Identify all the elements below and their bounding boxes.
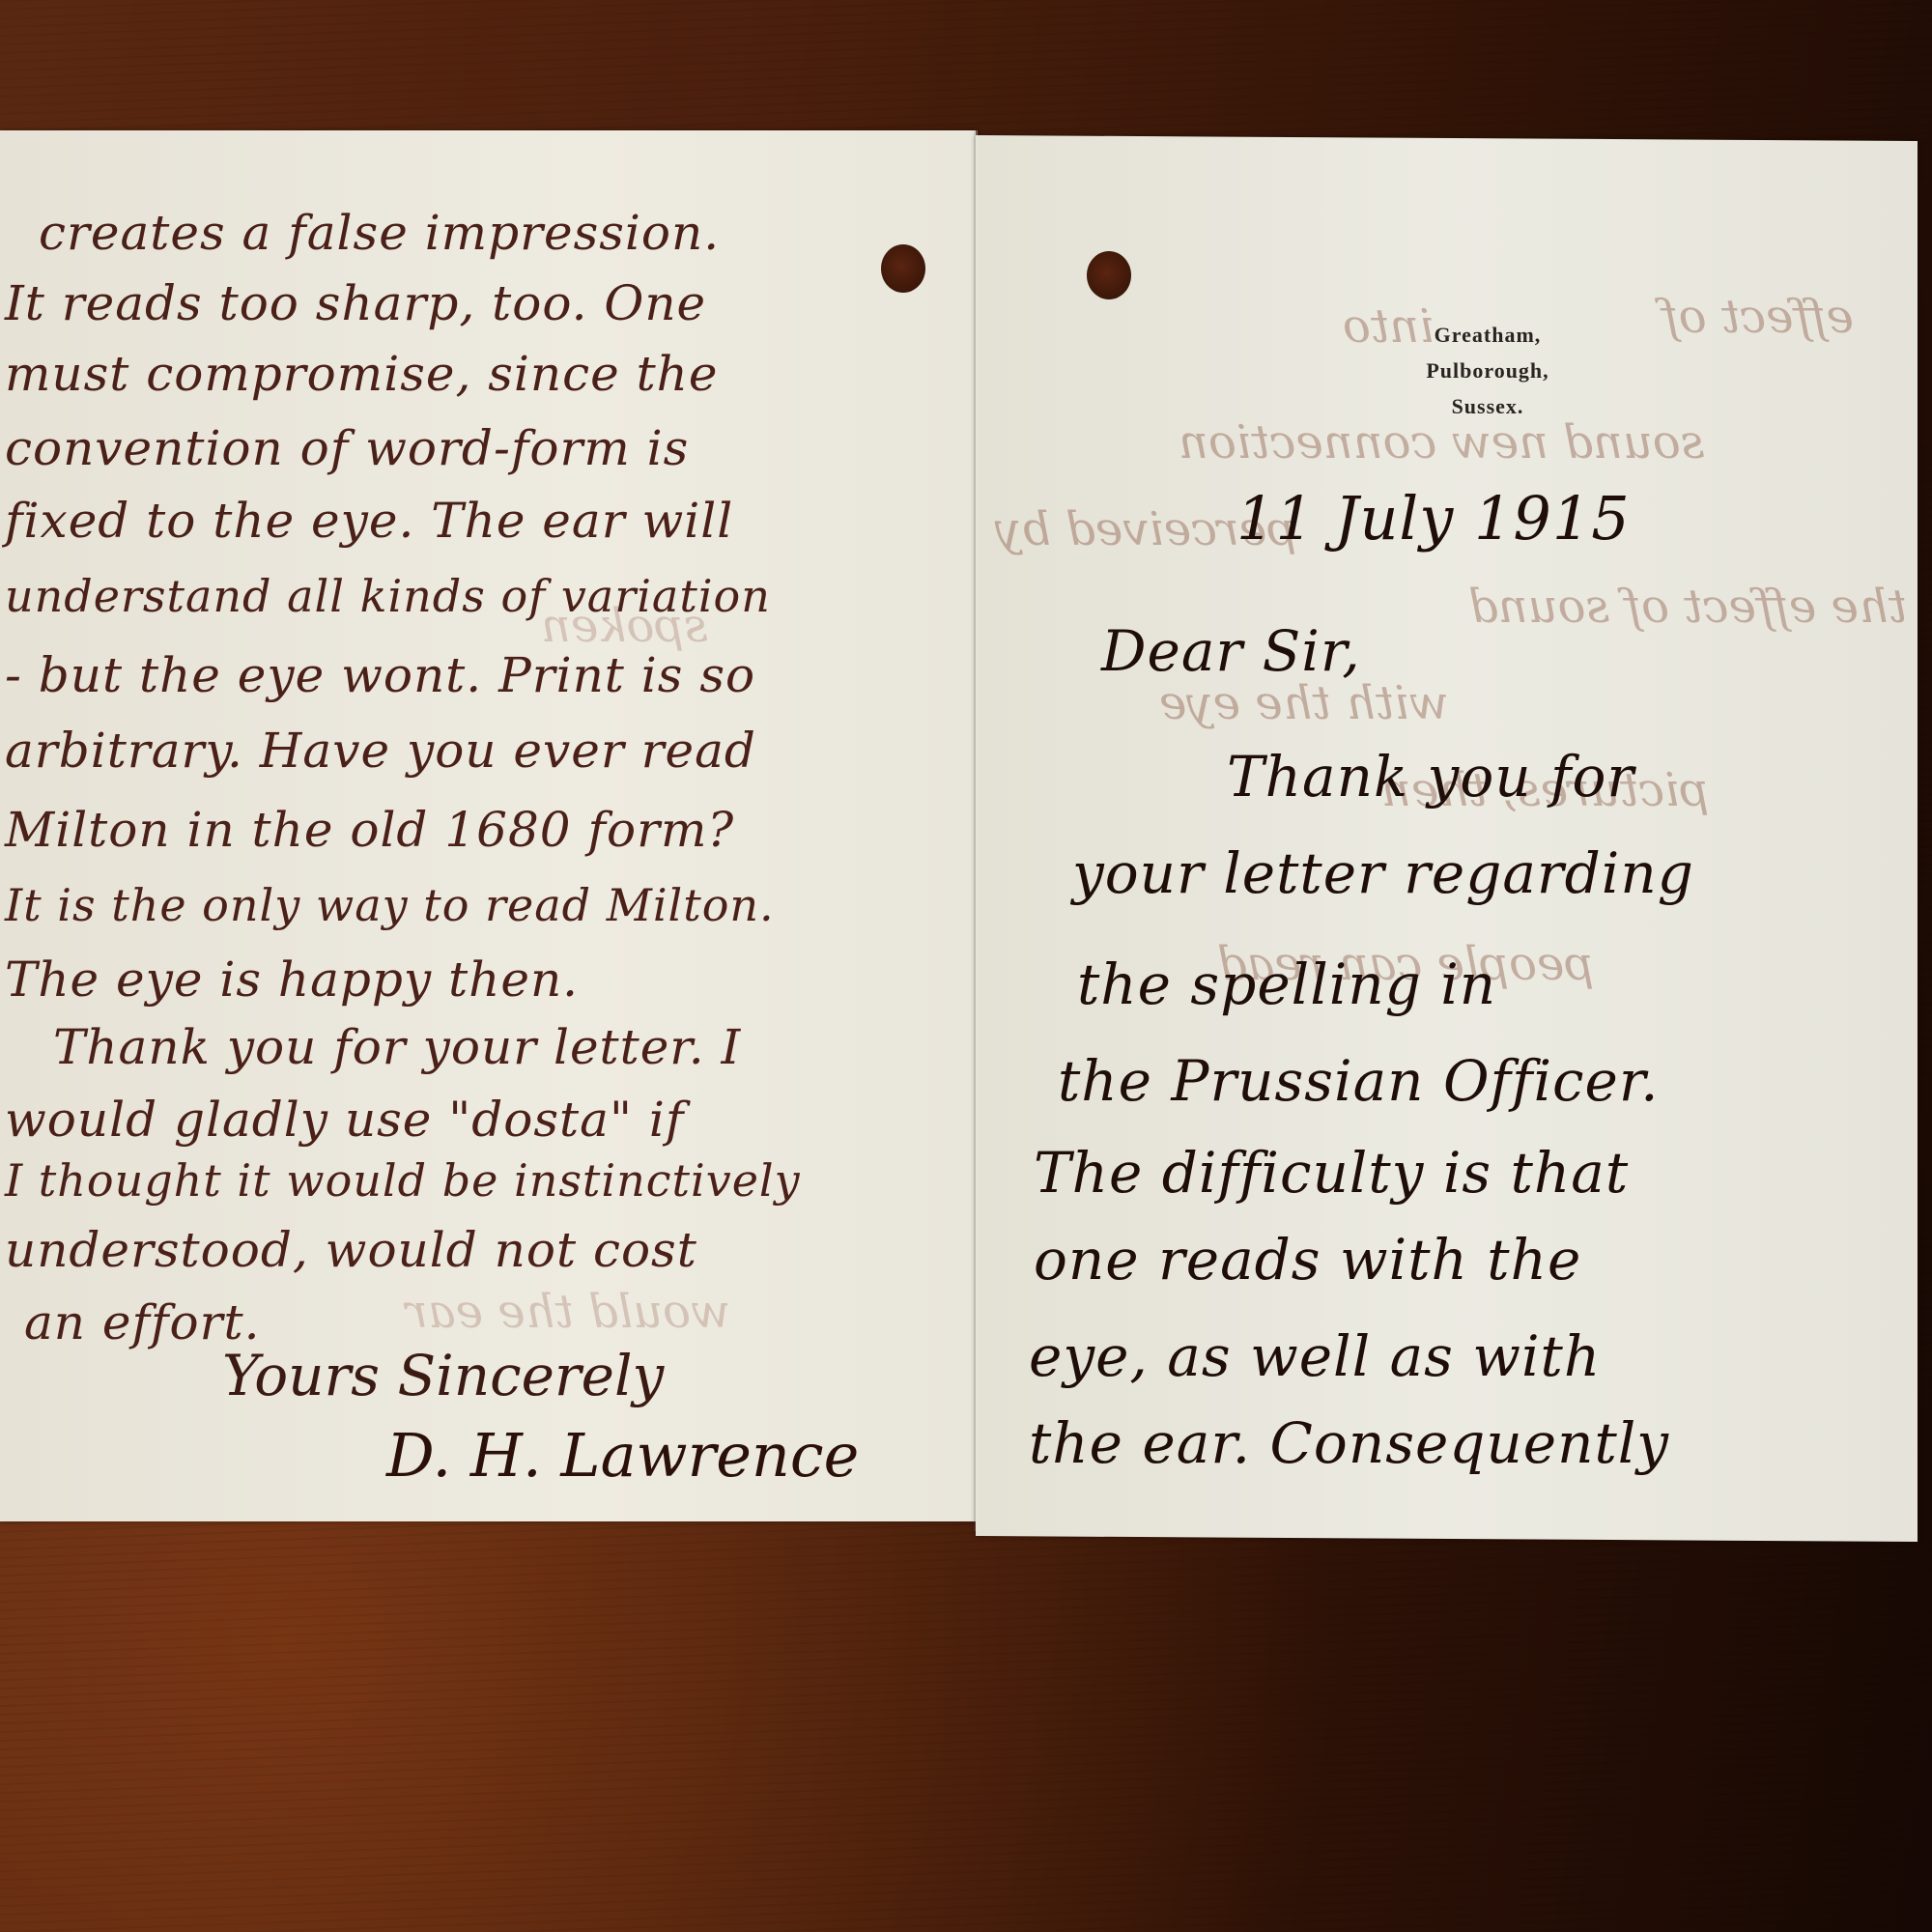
bleed-through-text: would the ear [406,1285,730,1339]
bleed-through-text: effect of [1662,290,1854,344]
handwritten-line: It reads too sharp, too. One [5,275,706,331]
handwritten-line: eye, as well as with [1029,1323,1601,1389]
handwritten-line: creates a false impression. [39,205,720,261]
handwritten-line: Thank you for [1227,744,1634,810]
signature: D. H. Lawrence [386,1420,859,1491]
handwritten-line: fixed to the eye. The ear will [5,493,733,549]
handwritten-line: understood, would not cost [5,1222,697,1278]
punch-hole-left [881,244,925,293]
punch-hole-right [1087,251,1131,299]
handwritten-line: - but the eye wont. Print is so [5,647,755,703]
handwritten-line: your letter regarding [1072,840,1694,906]
handwritten-line: would gladly use "dosta" if [5,1092,684,1148]
handwritten-line: The difficulty is that [1034,1140,1629,1206]
handwritten-line: the Prussian Officer. [1058,1048,1660,1114]
letter-date: 11 July 1915 [1236,483,1631,554]
closing: Yours Sincerely [222,1343,664,1408]
handwritten-line: It is the only way to read Milton. [5,879,775,931]
letterhead-line: Pulborough, [1391,353,1584,388]
handwritten-line: The eye is happy then. [5,952,579,1008]
letterhead-line: Greatham, [1391,317,1584,353]
salutation: Dear Sir, [1101,618,1361,684]
page-fold [974,130,978,1531]
handwritten-line: Thank you for your letter. I [53,1019,741,1075]
handwritten-line: I thought it would be instinctively [5,1154,801,1207]
bleed-through-text: with the eye [1159,676,1449,730]
handwritten-line: one reads with the [1034,1227,1581,1293]
handwritten-line: arbitrary. Have you ever read [5,723,756,779]
handwritten-line: the ear. Consequently [1029,1410,1669,1476]
handwritten-line: convention of word-form is [5,420,689,476]
handwritten-line: Milton in the old 1680 form? [5,802,734,858]
handwritten-line: the spelling in [1077,952,1496,1017]
letterhead-line: Sussex. [1391,388,1584,424]
bleed-through-text: the effect of sound [1468,580,1907,634]
handwritten-line: must compromise, since the [5,346,718,402]
handwritten-line: understand all kinds of variation [5,570,771,622]
letterhead: Greatham, Pulborough, Sussex. [1391,317,1584,424]
